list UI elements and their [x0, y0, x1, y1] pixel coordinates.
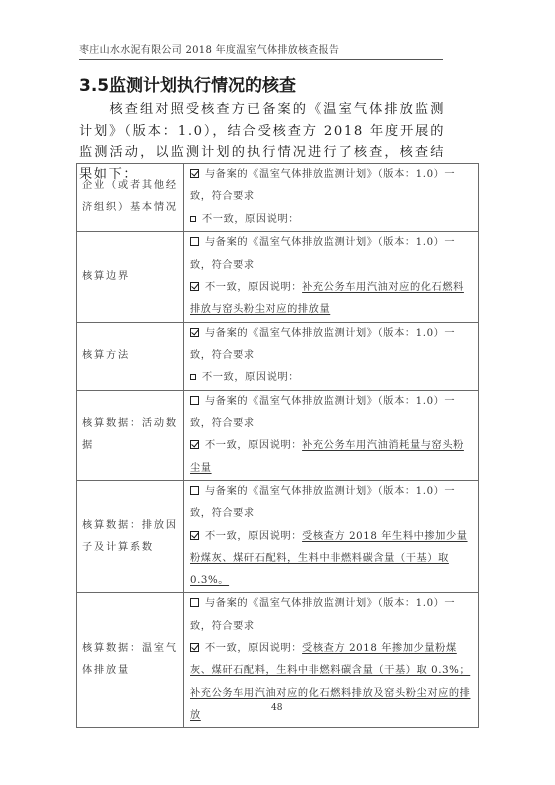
consistent-label: 与备案的《温室气体排放监测计划》（版本：1.0）一致，符合要求 — [190, 328, 455, 361]
check-item-label: 核算方法 — [77, 322, 184, 390]
checked-box-icon[interactable] — [190, 328, 199, 337]
check-item-detail: 与备案的《温室气体排放监测计划》（版本：1.0）一致，符合要求不一致，原因说明：… — [184, 593, 479, 728]
consistent-label: 与备案的《温室气体排放监测计划》（版本：1.0）一致，符合要求 — [190, 169, 455, 202]
consistent-label: 与备案的《温室气体排放监测计划》（版本：1.0）一致，符合要求 — [190, 598, 455, 631]
checked-box-icon[interactable] — [190, 440, 199, 449]
inconsistent-option[interactable]: 不一致，原因说明： — [190, 209, 473, 231]
consistent-option[interactable]: 与备案的《温室气体排放监测计划》（版本：1.0）一致，符合要求 — [190, 391, 473, 436]
inconsistent-label: 不一致，原因说明： — [205, 531, 302, 542]
consistent-option[interactable]: 与备案的《温室气体排放监测计划》（版本：1.0）一致，符合要求 — [190, 232, 473, 277]
consistent-option[interactable]: 与备案的《温室气体排放监测计划》（版本：1.0）一致，符合要求 — [190, 164, 473, 209]
check-item-label: 企业（或者其他经济组织）基本情况 — [77, 164, 184, 232]
check-item-label: 核算数据：活动数据 — [77, 390, 184, 480]
consistent-option[interactable]: 与备案的《温室气体排放监测计划》（版本：1.0）一致，符合要求 — [190, 481, 473, 526]
checked-box-icon[interactable] — [190, 169, 199, 178]
inconsistent-label: 不一致，原因说明： — [202, 372, 299, 383]
inconsistent-label: 不一致，原因说明： — [205, 282, 302, 293]
unchecked-box-icon[interactable] — [190, 374, 196, 380]
section-heading: 3.5监测计划执行情况的核查 — [79, 71, 296, 96]
section-number: 3.5 — [79, 76, 109, 96]
monitoring-plan-check-table: 企业（或者其他经济组织）基本情况与备案的《温室气体排放监测计划》（版本：1.0）… — [76, 163, 479, 728]
check-item-label: 核算数据：温室气体排放量 — [77, 593, 184, 728]
page-number: 48 — [271, 703, 282, 713]
inconsistent-label: 不一致，原因说明： — [202, 214, 299, 225]
checked-box-icon[interactable] — [190, 282, 199, 291]
table-row: 企业（或者其他经济组织）基本情况与备案的《温室气体排放监测计划》（版本：1.0）… — [77, 164, 479, 232]
inconsistent-option[interactable]: 不一致，原因说明：补充公务车用汽油消耗量与窑头粉尘量 — [190, 435, 473, 480]
consistent-option[interactable]: 与备案的《温室气体排放监测计划》（版本：1.0）一致，符合要求 — [190, 593, 473, 638]
inconsistent-option[interactable]: 不一致，原因说明：补充公务车用汽油对应的化石燃料排放与窑头粉尘对应的排放量 — [190, 277, 473, 322]
checked-box-icon[interactable] — [190, 643, 199, 652]
unchecked-box-icon[interactable] — [190, 237, 199, 246]
unchecked-box-icon[interactable] — [190, 598, 199, 607]
consistent-label: 与备案的《温室气体排放监测计划》（版本：1.0）一致，符合要求 — [190, 237, 455, 270]
table-row: 核算数据：活动数据与备案的《温室气体排放监测计划》（版本：1.0）一致，符合要求… — [77, 390, 479, 480]
running-header: 枣庄山水水泥有限公司 2018 年度温室气体排放核查报告 — [79, 41, 443, 60]
inconsistent-option[interactable]: 不一致，原因说明：受核查方 2018 年掺加少量粉煤灰、煤矸石配料，生料中非燃料… — [190, 638, 473, 727]
inconsistent-label: 不一致，原因说明： — [205, 643, 302, 654]
unchecked-box-icon[interactable] — [190, 396, 199, 405]
check-item-label: 核算数据：排放因子及计算系数 — [77, 480, 184, 592]
consistent-option[interactable]: 与备案的《温室气体排放监测计划》（版本：1.0）一致，符合要求 — [190, 323, 473, 368]
table-row: 核算边界与备案的《温室气体排放监测计划》（版本：1.0）一致，符合要求不一致，原… — [77, 231, 479, 322]
inconsistent-option[interactable]: 不一致，原因说明：受核查方 2018 年生料中掺加少量粉煤灰、煤矸石配料，生料中… — [190, 526, 473, 593]
check-item-detail: 与备案的《温室气体排放监测计划》（版本：1.0）一致，符合要求不一致，原因说明： — [184, 164, 479, 232]
check-item-detail: 与备案的《温室气体排放监测计划》（版本：1.0）一致，符合要求不一致，原因说明：… — [184, 480, 479, 592]
consistent-label: 与备案的《温室气体排放监测计划》（版本：1.0）一致，符合要求 — [190, 396, 455, 429]
check-item-label: 核算边界 — [77, 231, 184, 322]
table-row: 核算数据：排放因子及计算系数与备案的《温室气体排放监测计划》（版本：1.0）一致… — [77, 480, 479, 592]
unchecked-box-icon[interactable] — [190, 216, 196, 222]
checked-box-icon[interactable] — [190, 531, 199, 540]
check-item-detail: 与备案的《温室气体排放监测计划》（版本：1.0）一致，符合要求不一致，原因说明：… — [184, 390, 479, 480]
check-item-detail: 与备案的《温室气体排放监测计划》（版本：1.0）一致，符合要求不一致，原因说明：… — [184, 231, 479, 322]
table-row: 核算方法与备案的《温室气体排放监测计划》（版本：1.0）一致，符合要求不一致，原… — [77, 322, 479, 390]
unchecked-box-icon[interactable] — [190, 486, 199, 495]
inconsistent-option[interactable]: 不一致，原因说明： — [190, 367, 473, 389]
check-item-detail: 与备案的《温室气体排放监测计划》（版本：1.0）一致，符合要求不一致，原因说明： — [184, 322, 479, 390]
consistent-label: 与备案的《温室气体排放监测计划》（版本：1.0）一致，符合要求 — [190, 486, 455, 519]
section-title: 监测计划执行情况的核查 — [109, 76, 296, 96]
reason-text: 受核查方 2018 年掺加少量粉煤灰、煤矸石配料，生料中非燃料碳含量（干基）取 … — [190, 643, 470, 721]
inconsistent-label: 不一致，原因说明： — [205, 440, 302, 451]
